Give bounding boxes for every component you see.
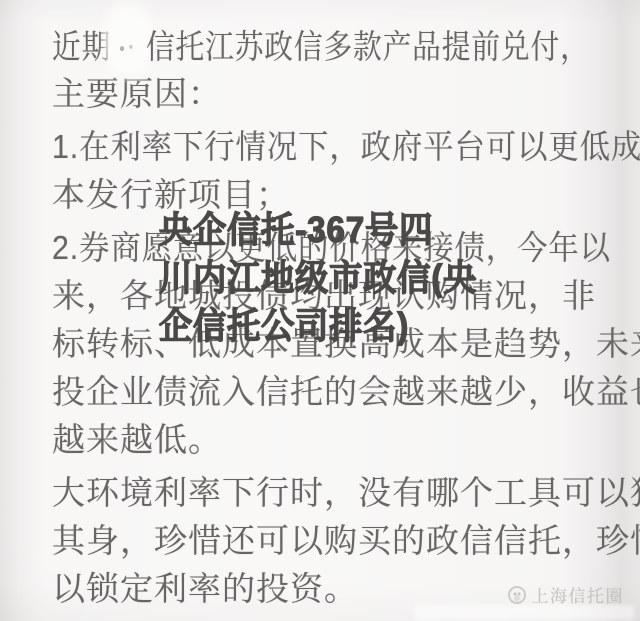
text-line: 主要原因： (52, 70, 616, 118)
article-photo-screenshot: 近期信托江苏政信多款产品提前兑付， 主要原因： 1.在利率下行情况下，政府平台可… (0, 0, 640, 621)
shanghai-trust-circle-logo-icon (508, 586, 526, 604)
text-line: 越来越低。 (52, 416, 616, 464)
overlay-title-line: 企信托公司排名) (159, 302, 477, 350)
overlay-title-line: 川内江地级市政信(央 (159, 254, 477, 302)
seo-overlay-title: 央企信托-367号四 川内江地级市政信(央 企信托公司排名) (159, 206, 477, 350)
text-line: 其身，珍惜还可以购买的政信信托，珍惜可 (52, 517, 616, 565)
faint-watermark-smudge (414, 605, 634, 620)
watermark: 上海信托圈 (508, 582, 625, 607)
overlay-title-line: 央企信托-367号四 (159, 206, 477, 254)
text-line: 投企业债流入信托的会越来越少，收益也会 (52, 368, 616, 416)
watermark-label: 上海信托圈 (532, 582, 625, 607)
text-line: 1.在利率下行情况下，政府平台可以更低成 (52, 123, 571, 171)
erased-word-patch (114, 22, 144, 68)
text-line: 大环境利率下行时，没有哪个工具可以独善 (52, 469, 616, 517)
text-line: 近期信托江苏政信多款产品提前兑付， (52, 22, 543, 70)
text-line-suffix: 信托江苏政信多款产品提前兑付， (146, 28, 590, 65)
text-line-prefix: 近期 (52, 28, 111, 65)
